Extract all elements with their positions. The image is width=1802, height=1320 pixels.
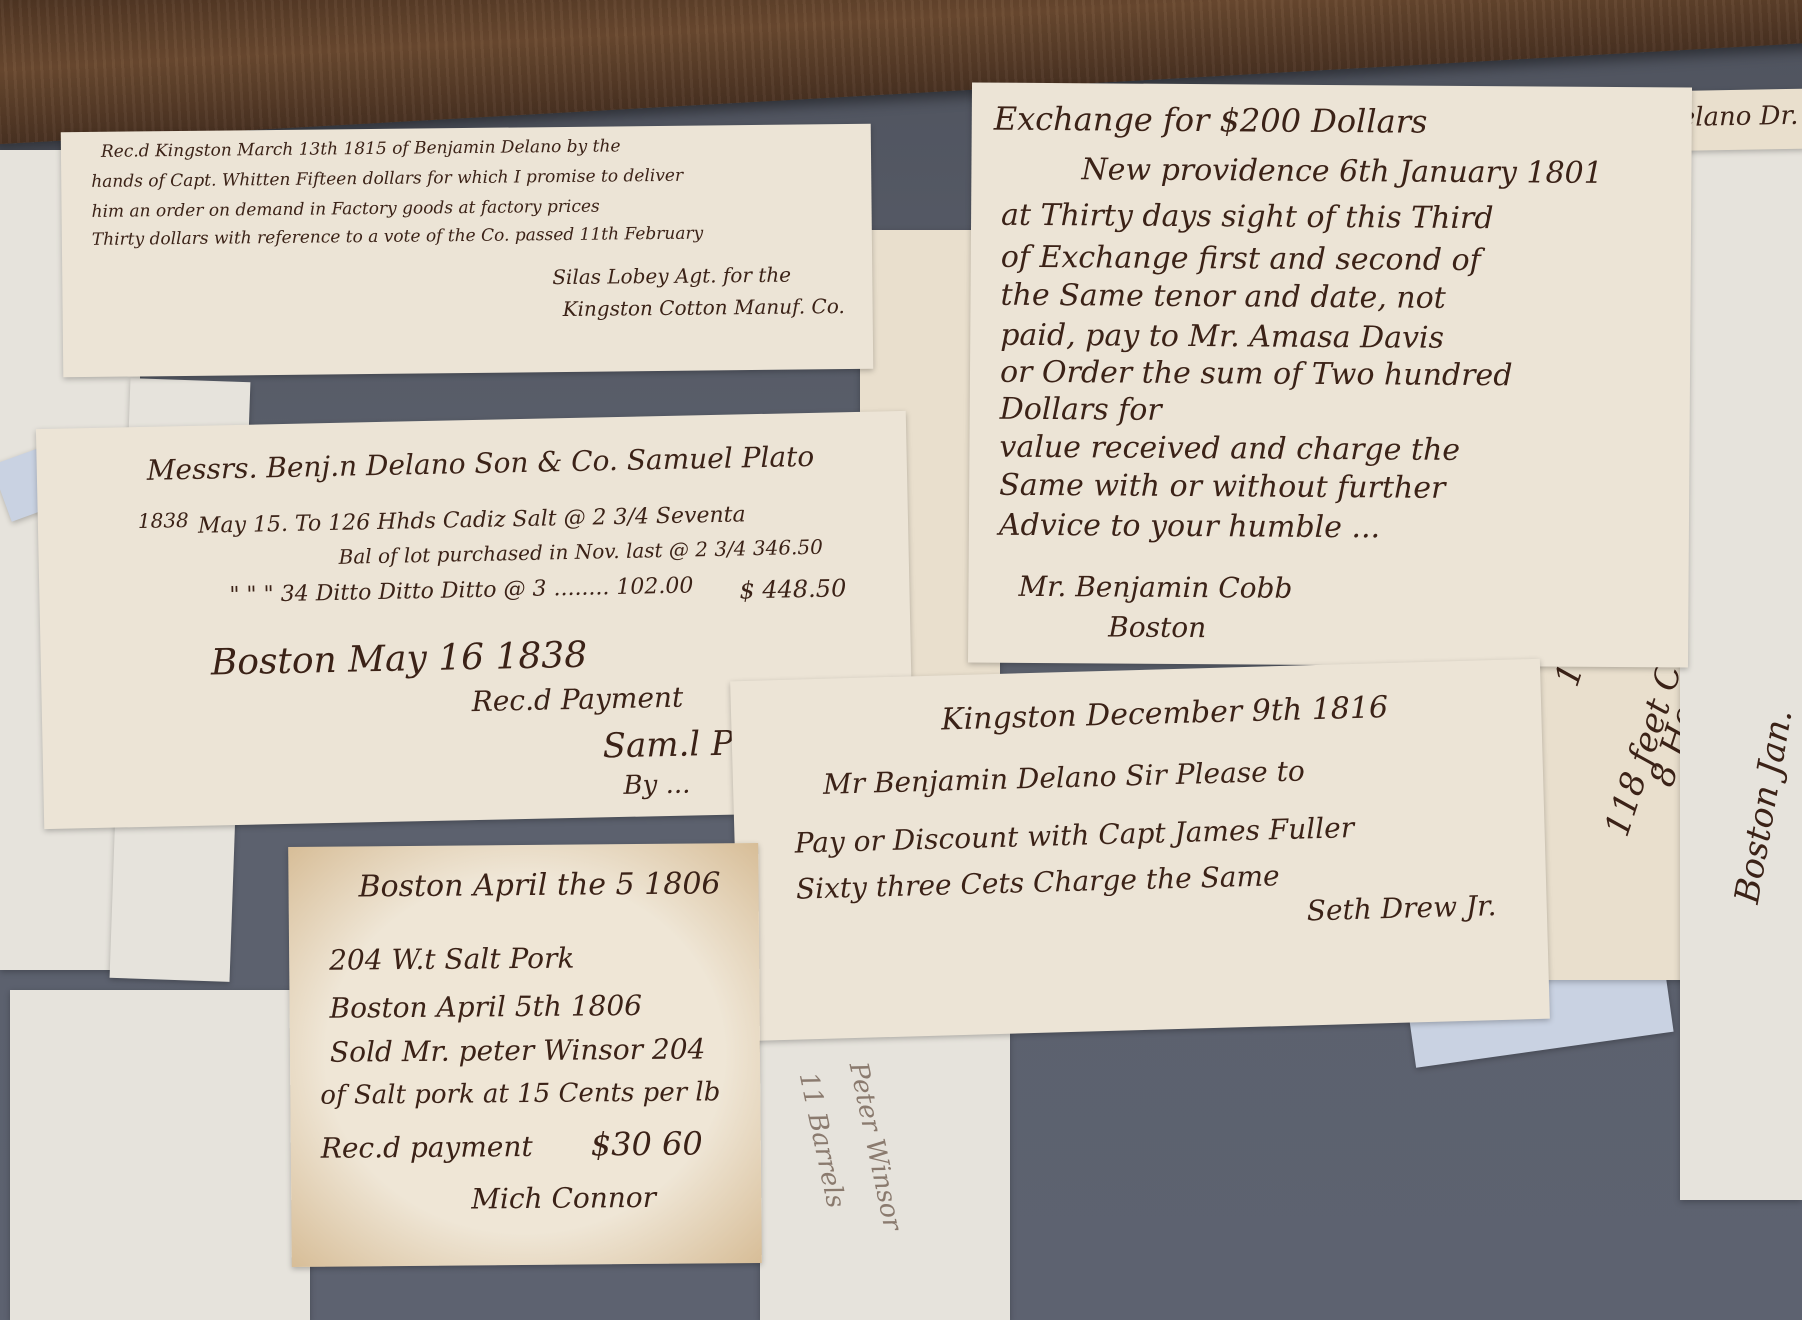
bill-year: 1838: [138, 510, 189, 531]
exchange-line: or Order the sum of Two hundred: [1000, 358, 1513, 392]
signature: Silas Lobey Agt. for the: [552, 265, 791, 287]
exchange-addressee-city: Boston: [1108, 613, 1206, 642]
receipt-line: Boston April the 5 1806: [358, 869, 720, 902]
exchange-line: Exchange for $200 Dollars: [994, 103, 1428, 138]
bill-heading: Messrs. Benj.n Delano Son & Co. Samuel P…: [147, 443, 815, 485]
background-paper-left-lower: [10, 990, 310, 1320]
receipt-line: him an order on demand in Factory goods …: [91, 199, 599, 221]
receipt-line: Thirty dollars with reference to a vote …: [92, 226, 704, 249]
bill-signature-by: By ...: [623, 772, 690, 799]
exchange-line: Advice to your humble ...: [999, 511, 1380, 544]
exchange-line: paid, pay to Mr. Amasa Davis: [1000, 321, 1444, 354]
receipt-line: 204 W.t Salt Pork: [329, 945, 574, 975]
order-line: Sixty three Cets Charge the Same: [796, 862, 1280, 903]
receipt-line: Rec.d Kingston March 13th 1815 of Benjam…: [101, 138, 621, 160]
exchange-line: of Exchange first and second of: [1001, 243, 1481, 276]
right-edge-letter: Delano Dr. Boston Jan.: [1680, 100, 1802, 1200]
receipt-boston-1806: Boston April the 5 1806 204 W.t Salt Por…: [288, 843, 762, 1267]
receipt-line: Sold Mr. peter Winsor 204: [330, 1035, 706, 1066]
receipt-1815: Rec.d Kingston March 13th 1815 of Benjam…: [61, 124, 874, 377]
order-kingston: Kingston December 9th 1816 Mr Benjamin D…: [730, 659, 1550, 1041]
bill-receipt: Rec.d Payment: [471, 684, 683, 716]
lower-ledger-fragment: 11 Barrels Peter Winsor: [760, 1030, 1010, 1320]
bill-total: $ 448.50: [739, 576, 846, 602]
exchange-line: New providence 6th January 1801: [1081, 155, 1603, 189]
receipt-line: hands of Capt. Whitten Fifteen dollars f…: [91, 168, 683, 191]
order-signature: Seth Drew Jr.: [1306, 892, 1496, 925]
bill-line: Bal of lot purchased in Nov. last @ 2 3/…: [338, 537, 823, 567]
order-line: Pay or Discount with Capt James Fuller: [794, 814, 1354, 858]
bill-line: May 15. To 126 Hhds Cadiz Salt @ 2 3/4 S…: [198, 504, 746, 537]
exchange-line: Dollars for: [1000, 395, 1162, 426]
order-line: Mr Benjamin Delano Sir Please to: [823, 757, 1305, 798]
order-line: Kingston December 9th 1816: [941, 693, 1389, 735]
receipt-amount: $30 60: [591, 1127, 703, 1160]
exchange-line: Same with or without further: [999, 471, 1445, 504]
signature: Kingston Cotton Manuf. Co.: [563, 296, 845, 319]
receipt-line: Boston April 5th 1806: [329, 992, 642, 1023]
bill-place-date: Boston May 16 1838: [210, 638, 587, 682]
exchange-line: the Same tenor and date, not: [1000, 281, 1445, 314]
bill-line: " " " 34 Ditto Ditto Ditto @ 3 ........ …: [229, 575, 693, 607]
ledger-line: 11 Barrels: [795, 1070, 849, 1210]
exchange-addressee: Mr. Benjamin Cobb: [1018, 573, 1292, 603]
receipt-line: of Salt pork at 15 Cents per lb: [320, 1079, 720, 1108]
exchange-line: at Thirty days sight of this Third: [1001, 201, 1494, 234]
receipt-signature: Mich Connor: [471, 1184, 656, 1214]
receipt-received: Rec.d payment: [321, 1133, 533, 1163]
bill-of-exchange-1801: Exchange for $200 Dollars New providence…: [968, 82, 1692, 667]
ledger-line: Peter Winsor: [845, 1060, 906, 1233]
exchange-line: value received and charge the: [999, 433, 1460, 466]
boston-vertical: Boston Jan.: [1730, 707, 1798, 906]
